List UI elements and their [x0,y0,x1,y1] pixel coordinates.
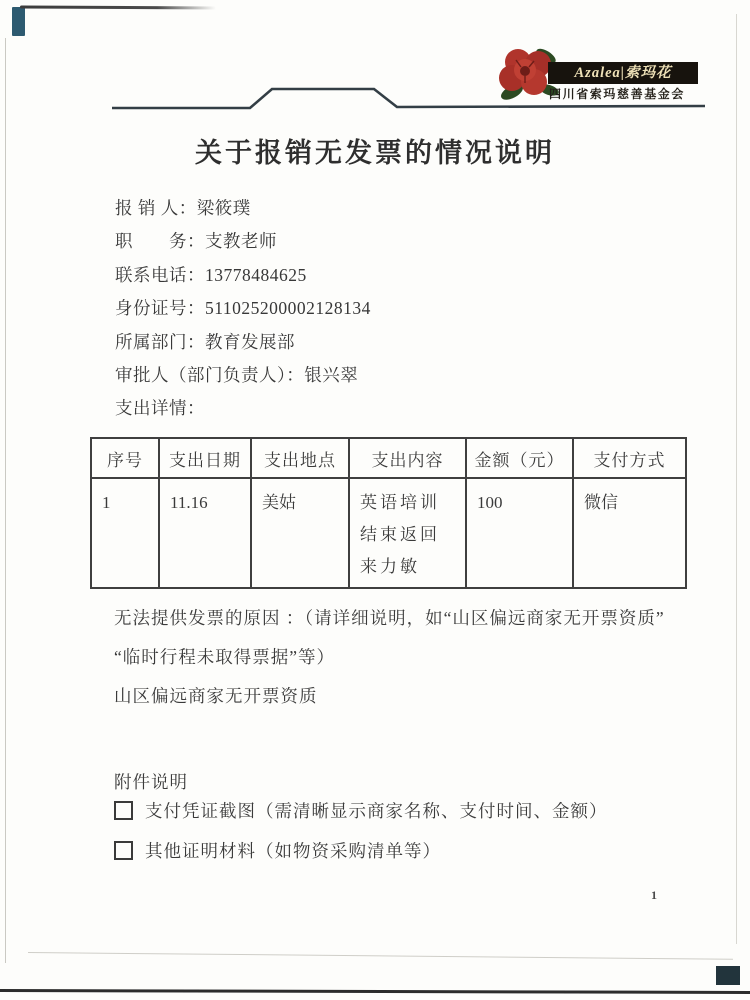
table-cell-amount: 100 [466,478,573,588]
field-label-phone: 联系电话： [115,265,205,285]
table-header-cell: 支出内容 [349,438,466,478]
field-value-reimburser: 梁筱璞 [197,198,251,218]
table-cell-place: 美姑 [251,478,349,588]
form-field-row: 审批人（部门负责人）：银兴翠 [115,359,675,392]
checkbox-icon [114,841,133,860]
scan-artifact-bottom-fold [28,952,733,960]
page-number: 1 [651,888,657,903]
field-label-position: 职 务： [115,231,205,251]
form-fields: 报 销 人：梁筱璞 职 务：支教老师 联系电话：13778484625 身份证号… [115,192,675,426]
table-header-cell: 序号 [91,438,159,478]
form-field-row: 职 务：支教老师 [115,225,675,258]
field-label-reimburser: 报 销 人： [115,198,197,218]
scan-artifact-left-edge [5,38,6,963]
table-header-cell: 支出地点 [251,438,349,478]
field-label-approver: 审批人（部门负责人）： [115,365,304,385]
field-label-expense-details: 支出详情： [115,398,205,418]
foundation-logo: Azalea|索玛花 四川省索玛慈善基金会 [492,38,712,110]
field-value-approver: 银兴翠 [304,365,358,385]
attachment-item-label: 其他证明材料（如物资采购清单等） [145,838,441,863]
table-cell-payment: 微信 [573,478,686,588]
form-field-row: 报 销 人：梁筱璞 [115,192,675,225]
field-value-department: 教育发展部 [205,332,295,352]
attachment-item-label: 支付凭证截图（需清晰显示商家名称、支付时间、金额） [145,798,608,823]
form-field-row: 支出详情： [115,392,675,425]
reason-answer: 山区偏远商家无开票资质 [114,683,318,708]
table-row: 1 11.16 美姑 英语培训结束返回来力敏 100 微信 [91,478,686,588]
field-value-id-number: 511025200002128134 [205,298,371,318]
table-cell-date: 11.16 [159,478,251,588]
logo-banner: Azalea|索玛花 [548,62,698,84]
table-header-row: 序号 支出日期 支出地点 支出内容 金额（元） 支付方式 [91,438,686,478]
field-label-department: 所属部门： [115,332,205,352]
scanned-page: Azalea|索玛花 四川省索玛慈善基金会 关于报销无发票的情况说明 报 销 人… [0,0,750,1000]
field-label-id-number: 身份证号： [115,298,205,318]
checkbox-icon [114,801,133,820]
document-title: 关于报销无发票的情况说明 [0,131,750,170]
form-field-row: 身份证号：511025200002128134 [115,292,675,325]
table-header-cell: 金额（元） [466,438,573,478]
table-header-cell: 支付方式 [573,438,686,478]
expense-table: 序号 支出日期 支出地点 支出内容 金额（元） 支付方式 1 11.16 美姑 … [90,437,687,589]
scan-artifact-corner-mark [716,966,740,985]
logo-org-name: 四川省索玛慈善基金会 [549,85,701,102]
table-cell-content: 英语培训结束返回来力敏 [349,478,466,588]
scan-artifact-bottom-line [0,989,750,994]
attachment-item: 支付凭证截图（需清晰显示商家名称、支付时间、金额） [114,798,608,823]
table-cell-seq: 1 [91,478,159,588]
attachments-heading: 附件说明 [114,769,188,794]
attachment-item: 其他证明材料（如物资采购清单等） [114,838,441,863]
table-header-cell: 支出日期 [159,438,251,478]
field-value-position: 支教老师 [205,231,277,251]
field-value-phone: 13778484625 [205,265,307,285]
form-field-row: 联系电话：13778484625 [115,259,675,292]
reason-instruction: 无法提供发票的原因 ：（请详细说明，如“山区偏远商家无开票资质” “临时行程未取… [114,599,692,677]
form-field-row: 所属部门：教育发展部 [115,326,675,359]
